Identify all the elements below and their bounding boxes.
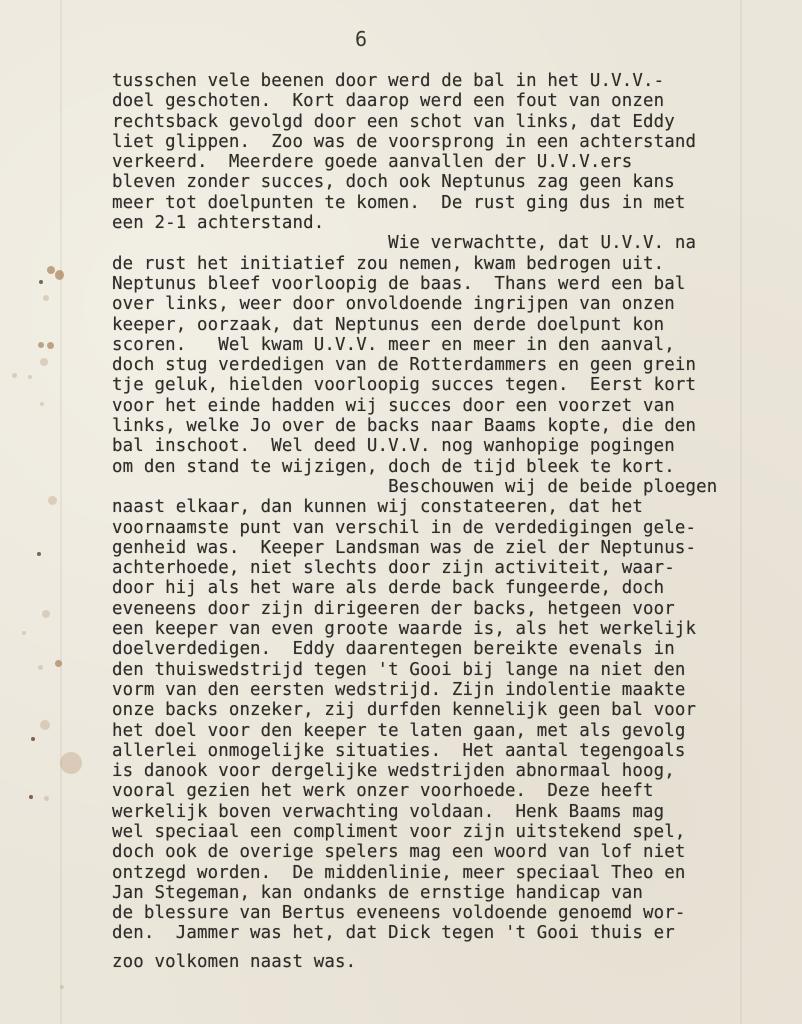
text-line: doel geschoten. Kort daarop werd een fou… bbox=[112, 91, 792, 111]
text-line: voor het einde hadden wij succes door ee… bbox=[112, 396, 792, 416]
text-line: ontzegd worden. De middenlinie, meer spe… bbox=[112, 863, 792, 883]
text-line: onze backs onzeker, zij durfden kennelij… bbox=[112, 700, 792, 720]
text-line: werkelijk boven verwachting voldaan. Hen… bbox=[112, 802, 792, 822]
text-line: om den stand te wijzigen, doch de tijd b… bbox=[112, 457, 792, 477]
foxing-stain bbox=[38, 342, 44, 348]
text-line: een keeper van even groote waarde is, al… bbox=[112, 619, 792, 639]
text-line: scoren. Wel kwam U.V.V. meer en meer in … bbox=[112, 335, 792, 355]
text-line: allerlei onmogelijke situaties. Het aant… bbox=[112, 741, 792, 761]
text-line: door hij als het ware als derde back fun… bbox=[112, 578, 792, 598]
foxing-stain bbox=[40, 720, 50, 730]
text-line: bleven zonder succes, doch ook Neptunus … bbox=[112, 172, 792, 192]
foxing-stain bbox=[29, 795, 33, 799]
text-line: vorm van den eersten wedstrijd. Zijn ind… bbox=[112, 680, 792, 700]
foxing-stain bbox=[55, 660, 62, 667]
page-number: 6 bbox=[355, 27, 367, 51]
foxing-stain bbox=[22, 631, 26, 635]
text-line: voornaamste punt van verschil in de verd… bbox=[112, 518, 792, 538]
text-line: doelverdedigen. Eddy daarentegen bereikt… bbox=[112, 639, 792, 659]
foxing-stain bbox=[28, 375, 32, 379]
text-line: doch stug verdedigen van de Rotterdammer… bbox=[112, 355, 792, 375]
paper-fold-line bbox=[60, 0, 62, 1024]
text-line: de blessure van Bertus eveneens voldoend… bbox=[112, 903, 792, 923]
text-line: rechtsback gevolgd door een schot van li… bbox=[112, 112, 792, 132]
text-line: is danook voor dergelijke wedstrijden ab… bbox=[112, 761, 792, 781]
foxing-stain bbox=[39, 280, 43, 284]
foxing-stain bbox=[12, 373, 17, 378]
text-line: het doel voor den keeper te laten gaan, … bbox=[112, 721, 792, 741]
foxing-stain bbox=[47, 342, 54, 349]
text-line: achterhoede, niet slechts door zijn acti… bbox=[112, 558, 792, 578]
text-line: verkeerd. Meerdere goede aanvallen der U… bbox=[112, 152, 792, 172]
foxing-stain bbox=[31, 737, 35, 741]
text-line: bal inschoot. Wel deed U.V.V. nog wanhop… bbox=[112, 436, 792, 456]
text-line: Beschouwen wij de beide ploegen bbox=[112, 477, 792, 497]
water-stain bbox=[60, 752, 82, 774]
foxing-stain bbox=[44, 796, 49, 801]
text-line: links, welke Jo over de backs naar Baams… bbox=[112, 416, 792, 436]
text-line: eveneens door zijn dirigeeren der backs,… bbox=[112, 599, 792, 619]
text-line: tje geluk, hielden voorloopig succes teg… bbox=[112, 375, 792, 395]
text-line: tusschen vele beenen door werd de bal in… bbox=[112, 71, 792, 91]
text-line: meer tot doelpunten te komen. De rust gi… bbox=[112, 193, 792, 213]
foxing-stain bbox=[40, 358, 48, 366]
text-line: een 2-1 achterstand. bbox=[112, 213, 792, 233]
foxing-stain bbox=[47, 266, 55, 274]
foxing-stain bbox=[60, 985, 64, 989]
text-line: keeper, oorzaak, dat Neptunus een derde … bbox=[112, 315, 792, 335]
text-line: doch ook de overige spelers mag een woor… bbox=[112, 842, 792, 862]
text-line: de rust het initiatief zou nemen, kwam b… bbox=[112, 254, 792, 274]
foxing-stain bbox=[55, 270, 64, 280]
text-line: genheid was. Keeper Landsman was de ziel… bbox=[112, 538, 792, 558]
text-line: zoo volkomen naast was. bbox=[112, 952, 792, 972]
text-line: Jan Stegeman, kan ondanks de ernstige ha… bbox=[112, 883, 792, 903]
typewritten-body: tusschen vele beenen door werd de bal in… bbox=[112, 71, 792, 972]
text-line: wel speciaal een compliment voor zijn ui… bbox=[112, 822, 792, 842]
text-line: Wie verwachtte, dat U.V.V. na bbox=[112, 233, 792, 253]
text-line: over links, weer door onvoldoende ingrij… bbox=[112, 294, 792, 314]
text-line: liet glippen. Zoo was de voorsprong in e… bbox=[112, 132, 792, 152]
text-line: den. Jammer was het, dat Dick tegen 't G… bbox=[112, 923, 792, 943]
foxing-stain bbox=[43, 295, 49, 301]
foxing-stain bbox=[48, 496, 57, 505]
text-line: den thuiswedstrijd tegen 't Gooi bij lan… bbox=[112, 660, 792, 680]
text-line: Neptunus bleef voorloopig de baas. Thans… bbox=[112, 274, 792, 294]
text-line: vooral gezien het werk onzer voorhoede. … bbox=[112, 781, 792, 801]
foxing-stain bbox=[37, 552, 41, 556]
foxing-stain bbox=[40, 402, 44, 406]
foxing-stain bbox=[38, 665, 43, 670]
text-line: naast elkaar, dan kunnen wij constateere… bbox=[112, 497, 792, 517]
foxing-stain bbox=[42, 610, 50, 618]
